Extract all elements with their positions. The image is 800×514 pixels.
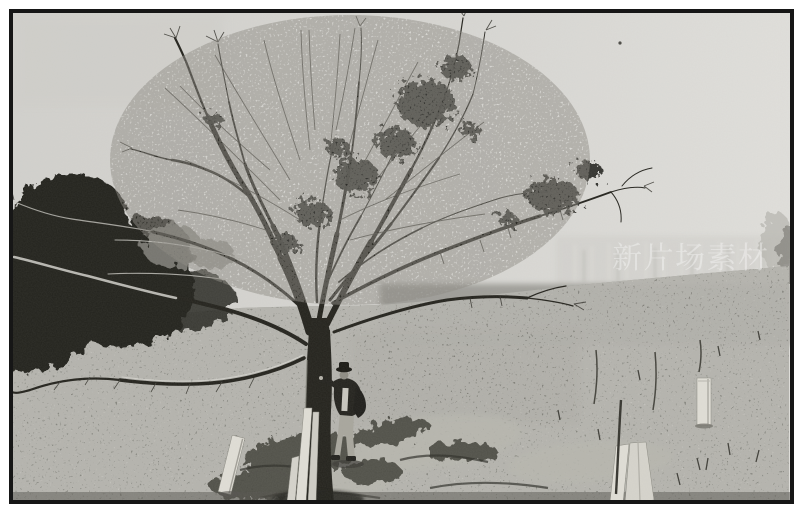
photo-grain — [13, 13, 790, 500]
photo-card: 新片场素材 — [0, 0, 800, 514]
photo: 新片场素材 — [0, 0, 800, 514]
